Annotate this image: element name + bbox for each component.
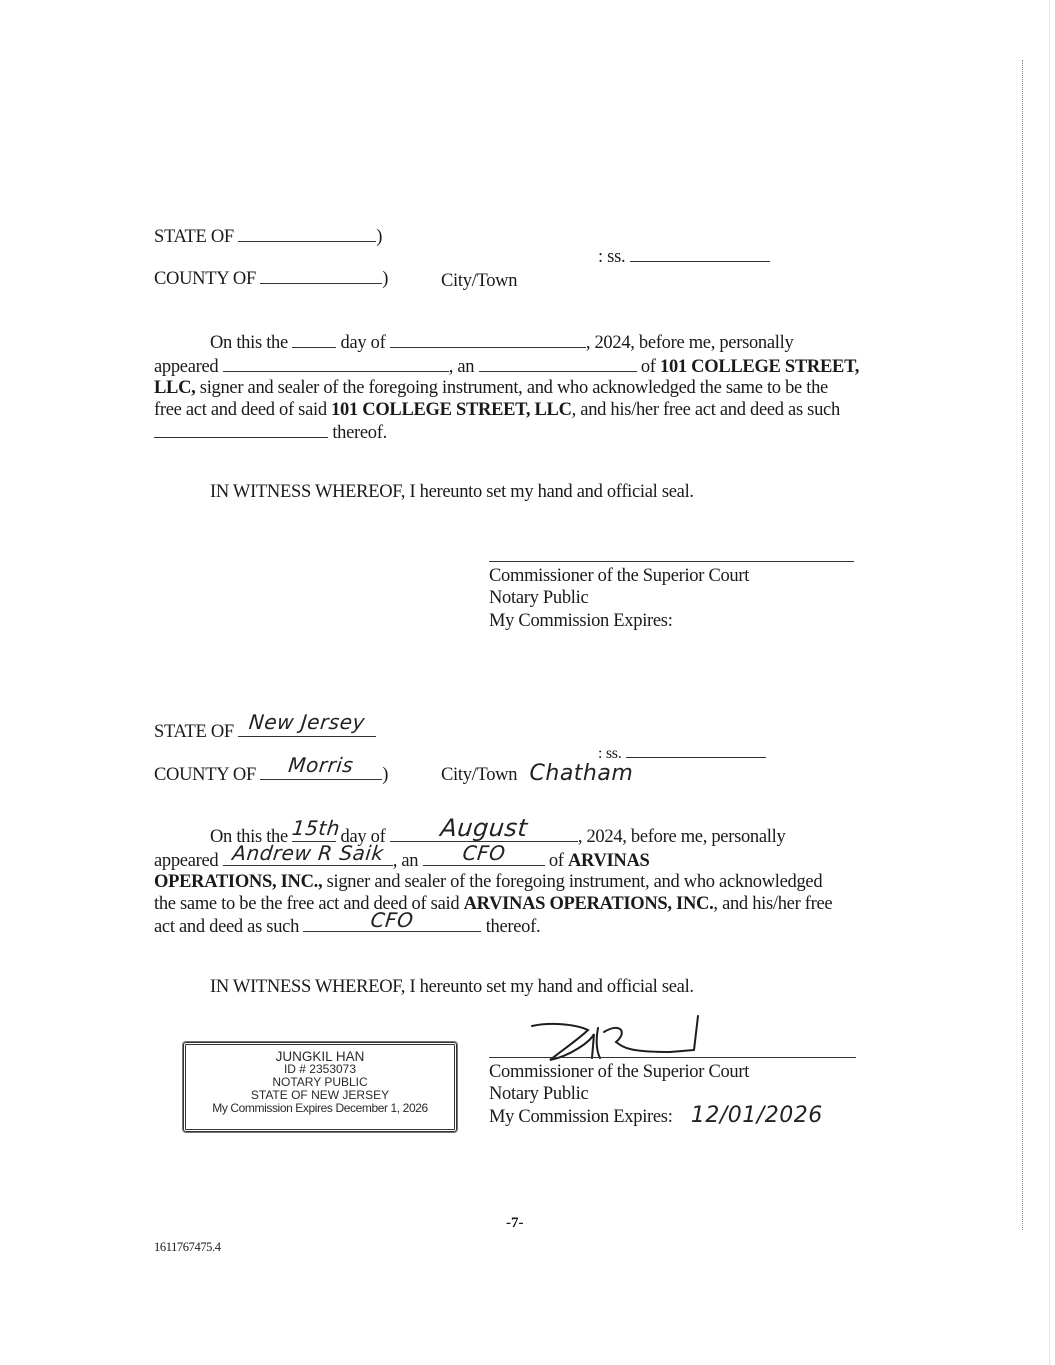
appeared-name-field[interactable] [223,355,449,372]
city-town-field[interactable]: Chatham [530,761,634,786]
day-field[interactable] [292,331,336,348]
acknowledgment-paragraph: On this the day of , 2024, before me, pe… [154,331,874,445]
text: , an [393,851,419,871]
entity-name: OPERATIONS, INC., [154,872,322,892]
text: On this the [210,333,288,353]
entity-name: 101 COLLEGE STREET, LLC [331,400,572,420]
capacity-field[interactable]: CFO [303,915,481,932]
text: , and his/her free act and deed as such [572,400,840,420]
text: , and his/her free [713,894,832,914]
text: free act and deed of said [154,400,331,420]
state-of-line: STATE OF ) [154,225,382,248]
ss-field[interactable] [630,245,770,262]
scan-edge-artifact [1049,0,1050,1365]
city-town-label: City/Town [441,271,517,291]
county-of-label: COUNTY OF [154,269,256,289]
bracket: ) [376,227,382,247]
ss-field[interactable] [626,741,766,758]
month-field[interactable] [390,331,586,348]
text: of [549,851,564,871]
signature-line[interactable] [489,1057,856,1058]
notary-signature-block: Commissioner of the Superior Court Notar… [489,566,749,633]
month-field[interactable]: August [390,825,578,842]
capacity-field[interactable] [154,421,328,438]
bracket: ) [382,765,388,785]
commission-expires-label: My Commission Expires: [489,611,673,631]
ss-line: : ss. [598,245,770,268]
entity-name: LLC, [154,378,195,398]
text: day of [341,333,386,353]
entity-name: 101 COLLEGE STREET, [660,357,859,377]
text: of [641,357,656,377]
entity-name: ARVINAS [568,851,650,871]
ss-label: : ss. [598,247,625,267]
state-of-field[interactable] [238,225,376,242]
text: , 2024, before me, personally [586,333,794,353]
signature-line[interactable] [489,561,854,562]
text: , 2024, before me, personally [578,827,786,847]
text: appeared [154,357,218,377]
text: thereof. [332,423,387,443]
notary-seal-stamp: JUNGKIL HAN ID # 2353073 NOTARY PUBLIC S… [183,1042,457,1132]
scan-edge-artifact [1022,60,1023,1230]
document-id: 1611767475.4 [154,1240,221,1255]
acknowledgment-paragraph: On this the 15th day of August, 2024, be… [154,825,894,939]
county-of-field[interactable] [260,267,382,284]
ss-label: : ss. [598,745,621,762]
commission-expires-field[interactable]: 12/01/2026 [691,1103,823,1128]
notary-seal-expiry: My Commission Expires December 1, 2026 [186,1102,454,1115]
county-of-line: COUNTY OF Morris) [154,763,388,786]
entity-name: ARVINAS OPERATIONS, INC. [464,894,714,914]
notary-signature-block: Commissioner of the Superior Court Notar… [489,1062,823,1129]
text: act and deed as such [154,917,299,937]
state-of-label: STATE OF [154,722,234,742]
bracket: ) [382,269,388,289]
text: signer and sealer of the foregoing instr… [195,378,828,398]
text: thereof. [486,917,541,937]
title-field[interactable]: CFO [423,849,545,866]
text: signer and sealer of the foregoing instr… [322,872,822,892]
commission-expires-label: My Commission Expires: [489,1107,673,1127]
state-of-field[interactable]: New Jersey [238,720,376,737]
city-town-line: City/Town Chatham [441,761,633,786]
county-of-field[interactable]: Morris [260,763,382,780]
text: , an [449,357,475,377]
commissioner-label: Commissioner of the Superior Court [489,566,749,588]
page-number: -7- [506,1215,524,1232]
witness-clause: IN WITNESS WHEREOF, I hereunto set my ha… [210,482,694,503]
text: appeared [154,851,218,871]
state-of-label: STATE OF [154,227,234,247]
city-town-label: City/Town [441,765,517,785]
county-of-line: COUNTY OF ) [154,267,388,290]
title-field[interactable] [479,355,637,372]
day-field[interactable]: 15th [292,825,336,842]
notary-public-label: Notary Public [489,588,749,610]
county-of-label: COUNTY OF [154,765,256,785]
city-town-line: City/Town [441,267,517,292]
appeared-name-field[interactable]: Andrew R Saik [223,849,393,866]
commissioner-label: Commissioner of the Superior Court [489,1062,823,1084]
state-of-line: STATE OF New Jersey [154,720,376,743]
witness-clause: IN WITNESS WHEREOF, I hereunto set my ha… [210,977,694,998]
notary-public-label: Notary Public [489,1084,823,1106]
